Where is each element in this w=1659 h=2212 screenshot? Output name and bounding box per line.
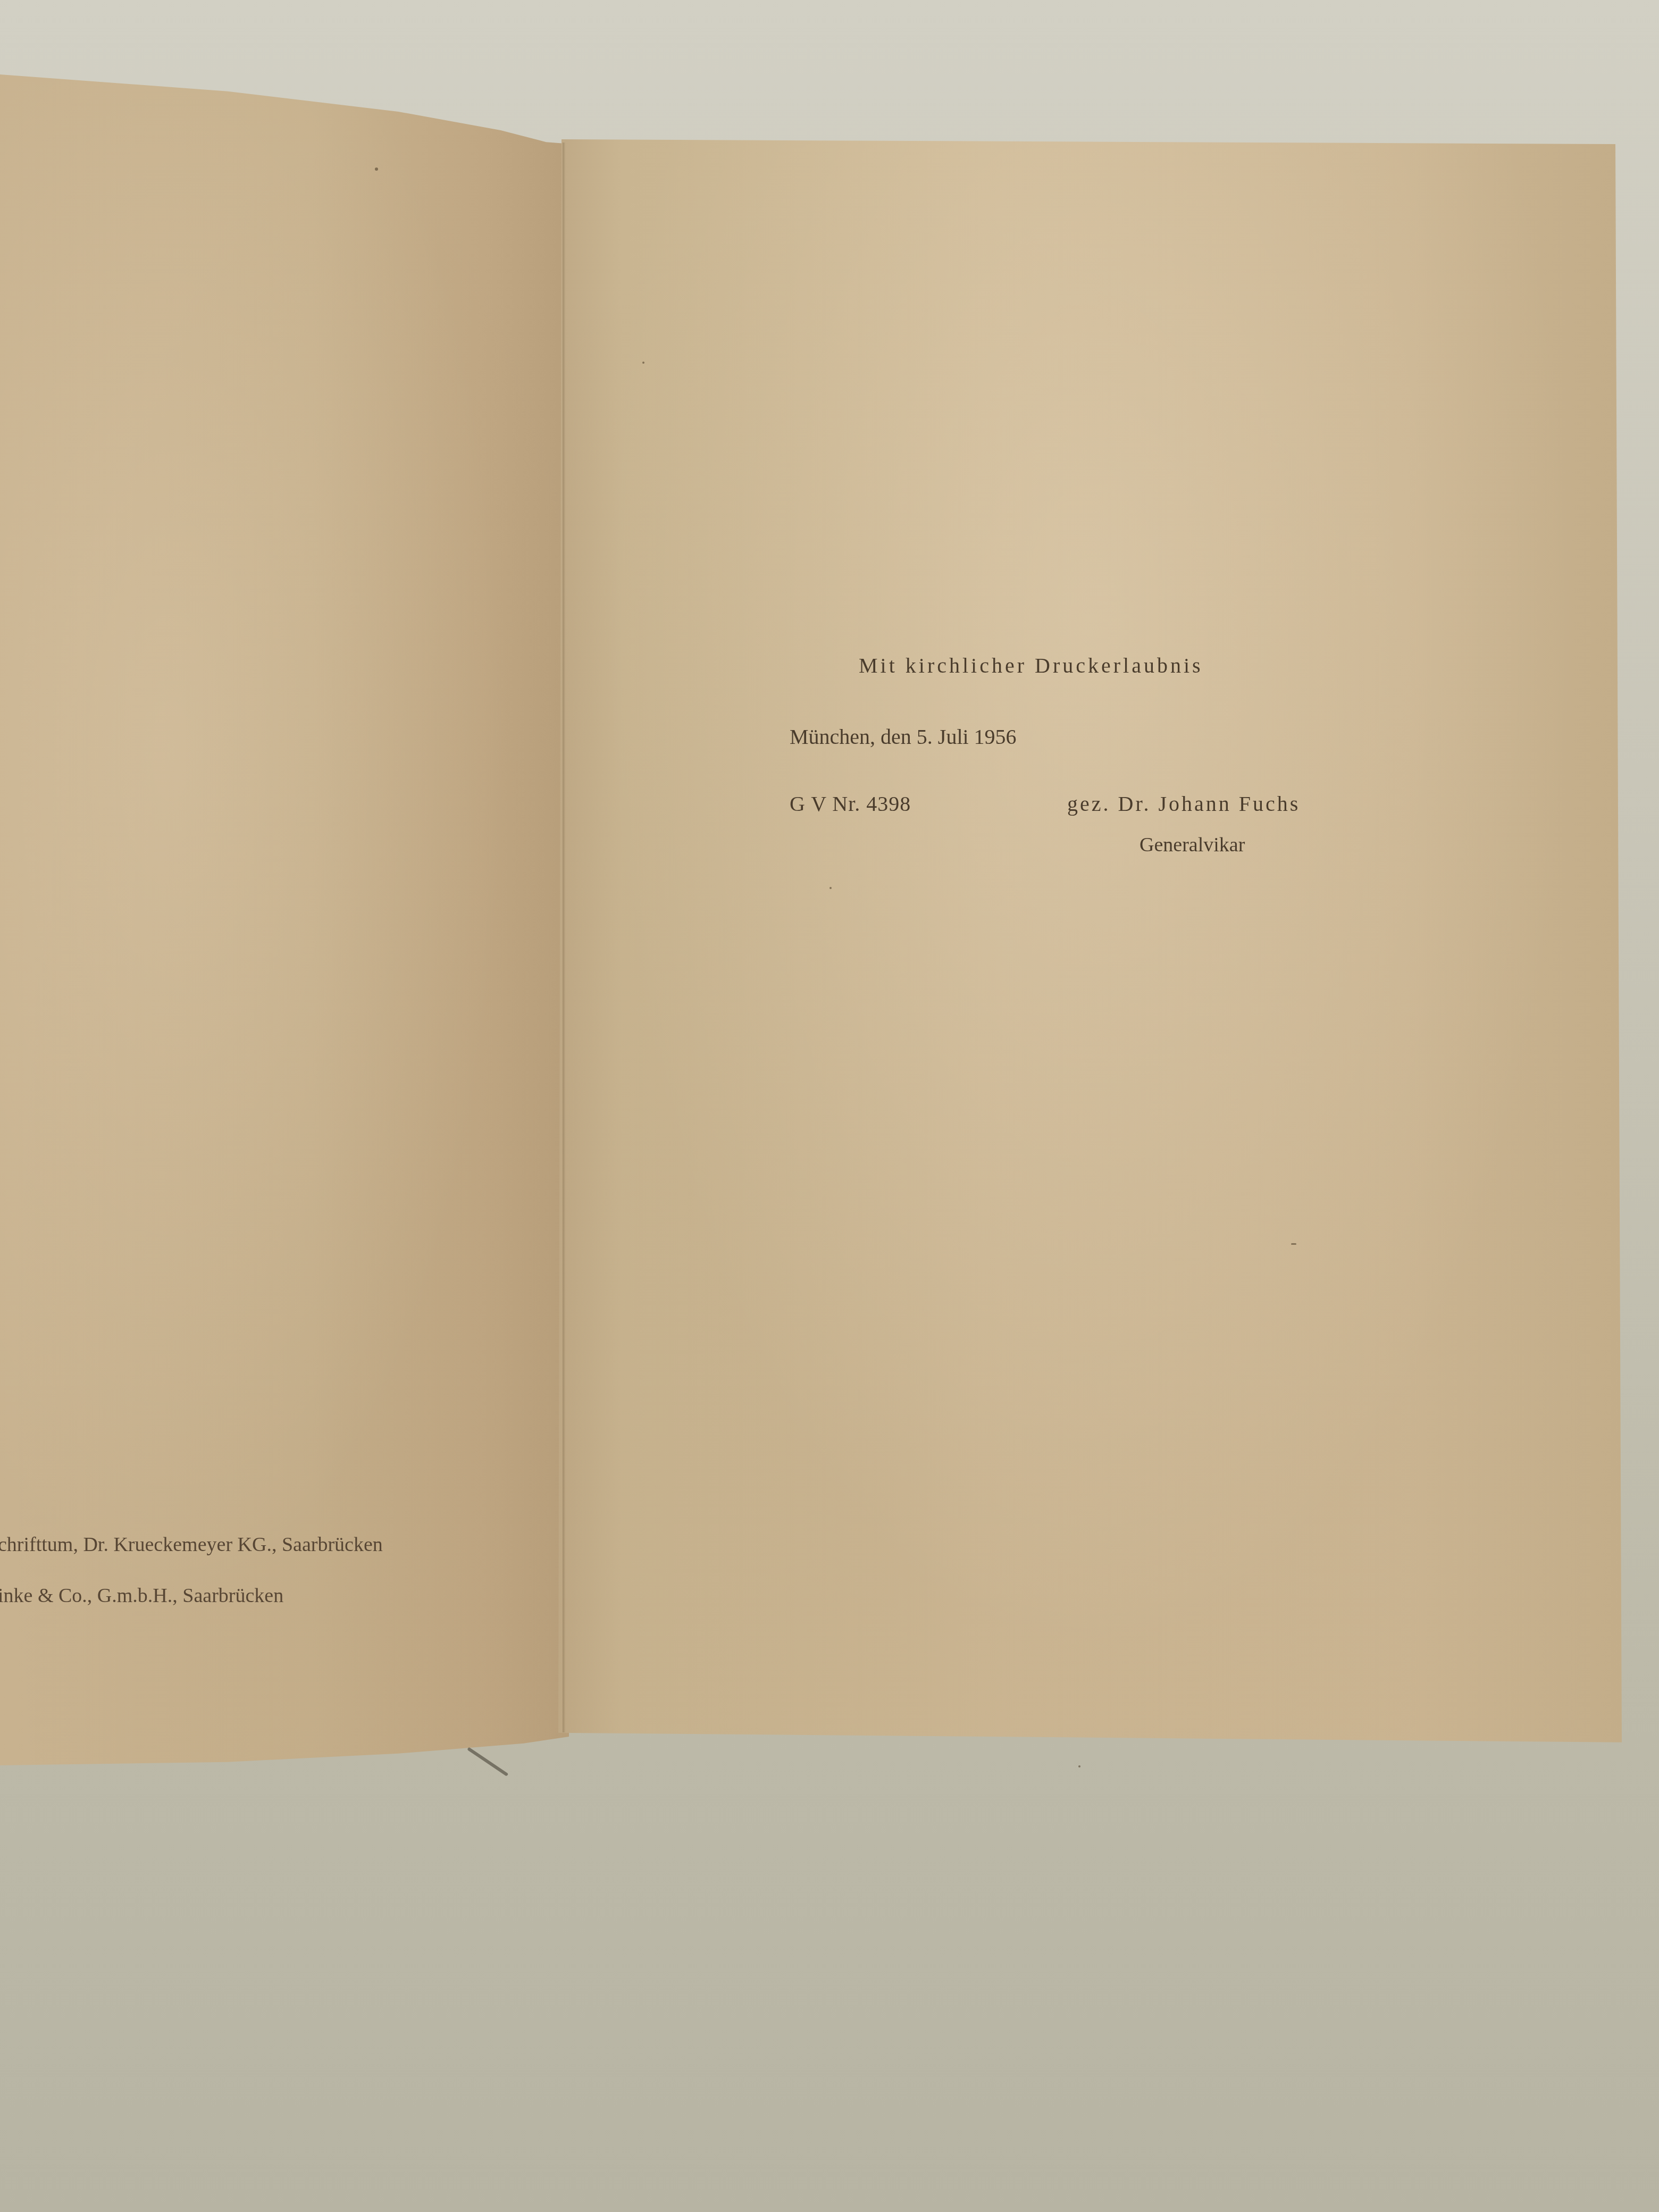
paper-texture [558, 139, 1622, 1750]
paper-speck [1078, 1765, 1080, 1767]
paper-speck [829, 887, 832, 889]
paper-speck [1291, 1243, 1296, 1245]
imprimatur-reference-number: G V Nr. 4398 [790, 793, 911, 815]
colophon-printer-line: inke & Co., G.m.b.H., Saarbrücken [0, 1586, 283, 1606]
imprimatur-signature: gez. Dr. Johann Fuchs [1067, 793, 1300, 815]
binding-thread [467, 1747, 508, 1777]
paper-speck [642, 362, 644, 364]
right-page [558, 139, 1622, 1750]
imprimatur-title: Mit kirchlicher Druckerlaubnis [859, 655, 1203, 676]
paper-speck [375, 167, 378, 171]
imprimatur-place-date: München, den 5. Juli 1956 [790, 726, 1017, 748]
book-gutter [563, 143, 565, 1732]
paper-texture [0, 74, 569, 1765]
left-page [0, 74, 569, 1765]
imprimatur-role: Generalvikar [1139, 835, 1245, 855]
colophon-publisher-line: chrifttum, Dr. Krueckemeyer KG., Saarbrü… [0, 1535, 383, 1555]
